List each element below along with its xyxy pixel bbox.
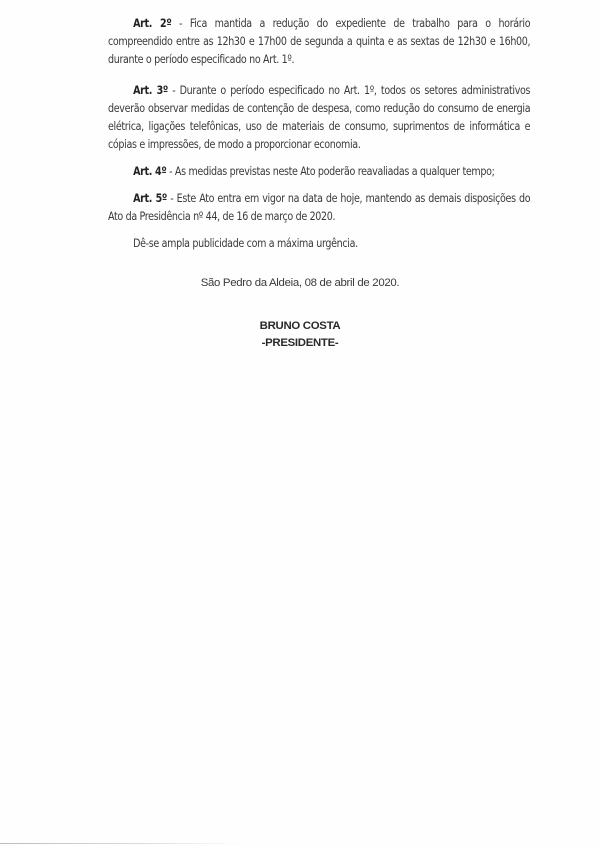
closing-statement: Dê-se ampla publicidade com a máxima urg… bbox=[108, 234, 530, 252]
article-2: Art. 2º - Fica mantida a redução do expe… bbox=[108, 14, 530, 68]
signatory-name: BRUNO COSTA bbox=[0, 318, 600, 335]
article-label: Art. 3º bbox=[133, 83, 168, 97]
signatory-title: -PRESIDENTE- bbox=[0, 335, 600, 352]
article-text: - Este Ato entra em vigor na data de hoj… bbox=[108, 191, 530, 223]
article-paragraph: Art. 2º - Fica mantida a redução do expe… bbox=[108, 14, 530, 68]
article-text: - Fica mantida a redução do expediente d… bbox=[108, 16, 530, 66]
closing-text: Dê-se ampla publicidade com a máxima urg… bbox=[108, 234, 530, 252]
article-text: - As medidas previstas neste Ato poderão… bbox=[166, 164, 494, 178]
place-date: São Pedro da Aldeia, 08 de abril de 2020… bbox=[0, 277, 600, 289]
article-4: Art. 4º - As medidas previstas neste Ato… bbox=[108, 162, 530, 180]
article-text: - Durante o período especificado no Art.… bbox=[108, 83, 530, 151]
signature-block: BRUNO COSTA -PRESIDENTE- bbox=[0, 318, 600, 352]
article-label: Art. 4º bbox=[133, 164, 166, 178]
document-page: Art. 2º - Fica mantida a redução do expe… bbox=[0, 0, 600, 846]
article-label: Art. 2º bbox=[133, 16, 171, 30]
article-paragraph: Art. 3º - Durante o período especificado… bbox=[108, 81, 530, 153]
article-5: Art. 5º - Este Ato entra em vigor na dat… bbox=[108, 189, 530, 225]
scan-edge-line bbox=[0, 843, 240, 844]
article-paragraph: Art. 4º - As medidas previstas neste Ato… bbox=[108, 162, 530, 180]
article-paragraph: Art. 5º - Este Ato entra em vigor na dat… bbox=[108, 189, 530, 225]
article-3: Art. 3º - Durante o período especificado… bbox=[108, 81, 530, 153]
article-label: Art. 5º bbox=[133, 191, 167, 205]
